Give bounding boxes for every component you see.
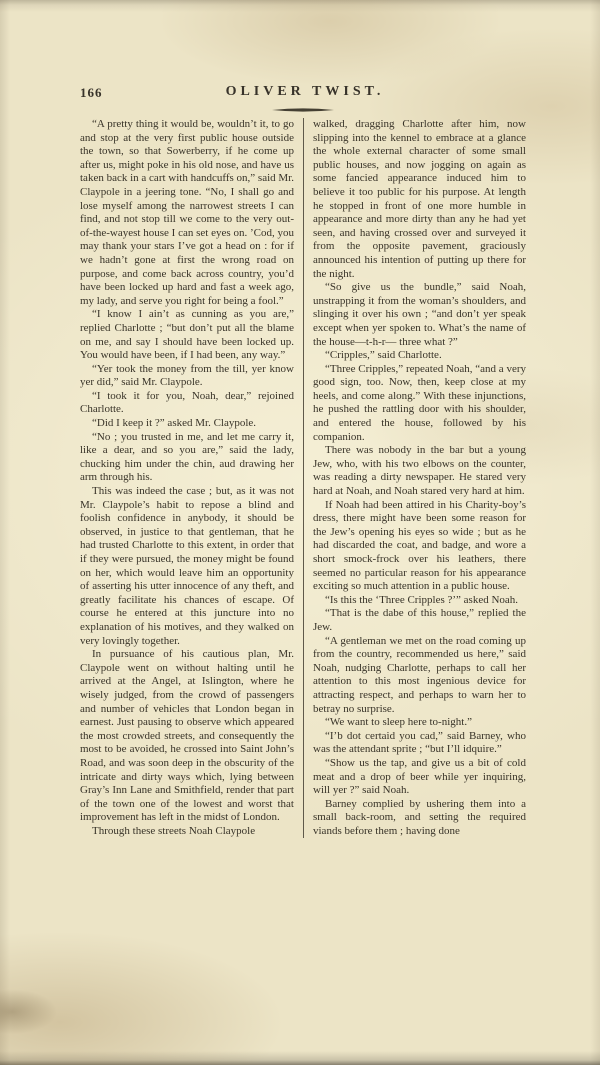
paragraph: “I’b dot certaid you cad,” said Barney, … bbox=[313, 730, 526, 757]
paragraph: “I took it for you, Noah, dear,” rejoine… bbox=[80, 390, 294, 417]
paragraph: “Is this the ‘Three Cripples ?’” asked N… bbox=[313, 594, 526, 608]
paragraph: walked, dragging Charlotte after him, no… bbox=[313, 118, 526, 281]
paragraph: “So give us the bundle,” said Noah, unst… bbox=[313, 281, 526, 349]
paragraph: “Yer took the money from the till, yer k… bbox=[80, 363, 294, 390]
paragraph: If Noah had been attired in his Charity-… bbox=[313, 499, 526, 594]
left-column: “A pretty thing it would be, wouldn’t it… bbox=[80, 118, 294, 838]
paragraph: “Show us the tap, and give us a bit of c… bbox=[313, 757, 526, 798]
paragraph: “We want to sleep here to-night.” bbox=[313, 716, 526, 730]
column-divider-rule bbox=[303, 118, 304, 838]
paragraph: “That is the dabe of this house,” replie… bbox=[313, 607, 526, 634]
paragraph: “Three Cripples,” repeated Noah, “and a … bbox=[313, 363, 526, 445]
paragraph: “I know I ain’t as cunning as you are,” … bbox=[80, 308, 294, 362]
paragraph: “No ; you trusted in me, and let me carr… bbox=[80, 431, 294, 485]
paragraph: Barney complied by ushering them into a … bbox=[313, 798, 526, 839]
paragraph: “A pretty thing it would be, wouldn’t it… bbox=[80, 118, 294, 308]
swelled-rule-ornament bbox=[272, 106, 334, 114]
paragraph: In pursuance of his cautious plan, Mr. C… bbox=[80, 648, 294, 825]
paragraph: “Did I keep it ?” asked Mr. Claypole. bbox=[80, 417, 294, 431]
paragraph: “A gentleman we met on the road coming u… bbox=[313, 635, 526, 717]
paragraph: Through these streets Noah Claypole bbox=[80, 825, 294, 839]
right-column: walked, dragging Charlotte after him, no… bbox=[313, 118, 526, 838]
text-columns: “A pretty thing it would be, wouldn’t it… bbox=[80, 118, 530, 838]
paragraph: There was nobody in the bar but a young … bbox=[313, 444, 526, 498]
paragraph: This was indeed the case ; but, as it wa… bbox=[80, 485, 294, 648]
page-header: 166 OLIVER TWIST. bbox=[80, 84, 530, 102]
running-title: OLIVER TWIST. bbox=[80, 84, 530, 100]
paragraph: “Cripples,” said Charlotte. bbox=[313, 349, 526, 363]
